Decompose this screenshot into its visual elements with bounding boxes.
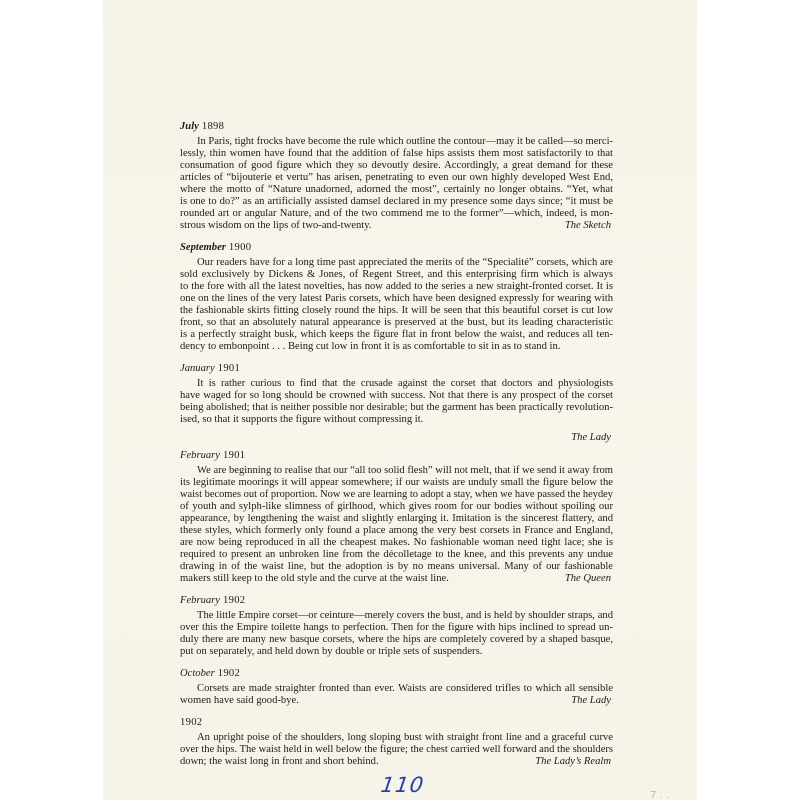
text-line: are now being reproduced in all the chea… xyxy=(180,537,613,549)
text-line: waist becomes out of proportion. Now we … xyxy=(180,489,613,501)
entry-july-1898: July1898 In Paris, tight frocks have bec… xyxy=(180,121,613,232)
text-line: down; the waist long in front and short … xyxy=(180,756,379,768)
text-line: is one to do?” as an artificially assist… xyxy=(180,196,613,208)
text-line: articles of “bijouterie et vertu” has ar… xyxy=(180,172,613,184)
entry-date: September1900 xyxy=(180,242,613,254)
entry-date: October1902 xyxy=(180,668,613,680)
date-month: February xyxy=(180,595,220,606)
text-line: women have said good-bye. xyxy=(180,695,299,707)
text-line: An upright poise of the shoulders, long … xyxy=(180,732,613,744)
text-line: appearance, by lengthening the waist and… xyxy=(180,513,613,525)
text-line: have waged for so long should be crowned… xyxy=(180,390,613,402)
text-line: to the fore with all the latest noveltie… xyxy=(180,281,613,293)
entry-1902: 1902 An upright poise of the shoulders, … xyxy=(180,717,613,768)
date-year: 1901 xyxy=(223,450,245,461)
entry-october-1902: October1902 Corsets are made straighter … xyxy=(180,668,613,707)
text-line: In Paris, tight frocks have become the r… xyxy=(180,136,613,148)
text-line: makers still keep to the old style and t… xyxy=(180,573,449,585)
handwritten-page-number: 110 xyxy=(379,773,425,797)
text-line: one on the lines of the very latest Pari… xyxy=(180,293,613,305)
text-line: consumation of good figure which they so… xyxy=(180,160,613,172)
date-year: 1898 xyxy=(202,121,224,132)
date-year: 1902 xyxy=(180,717,202,728)
date-month: February xyxy=(180,450,220,461)
entry-date: February1902 xyxy=(180,595,613,607)
source-attribution: The Queen xyxy=(565,573,611,585)
entry-february-1901: February1901 We are beginning to realise… xyxy=(180,450,613,585)
text-line: Corsets are made straighter fronted than… xyxy=(180,683,613,695)
date-year: 1902 xyxy=(218,668,240,679)
entry-february-1902: February1902 The little Empire corset—or… xyxy=(180,595,613,658)
text-line: where the motto of “Nature unadorned, ad… xyxy=(180,184,613,196)
entry-january-1901: January1901 It is rather curious to find… xyxy=(180,363,613,444)
pencil-annotation: 7 . . xyxy=(650,790,669,800)
text-line: front, so that an absolutely natural app… xyxy=(180,317,613,329)
text-line: rounded art or angular Nature, and of th… xyxy=(180,208,613,220)
text-line: over the hips. The waist held in well be… xyxy=(180,744,613,756)
source-attribution: The Lady’s Realm xyxy=(535,756,611,768)
text-line: lessly, thin women have found that the a… xyxy=(180,148,613,160)
text-line: over this the Empire toilette hangs to p… xyxy=(180,622,613,634)
entry-date: February1901 xyxy=(180,450,613,462)
text-line: The little Empire corset—or ceinture—mer… xyxy=(180,610,613,622)
text-line: ised, so that it supports the figure wit… xyxy=(180,414,613,426)
text-line: these styles, which formerly only found … xyxy=(180,525,613,537)
date-month: July xyxy=(180,121,199,132)
entry-date: January1901 xyxy=(180,363,613,375)
date-month: September xyxy=(180,242,226,253)
text-line: sold exclusively by Dickens & Jones, of … xyxy=(180,269,613,281)
text-line: put on separately, and held down by doub… xyxy=(180,646,613,658)
text-line: drawing in of the waist line, but the ad… xyxy=(180,561,613,573)
text-line: duly there are many new basque corsets, … xyxy=(180,634,613,646)
entry-september-1900: September1900 Our readers have for a lon… xyxy=(180,242,613,353)
entry-date: July1898 xyxy=(180,121,613,133)
date-year: 1902 xyxy=(223,595,245,606)
text-line: strous wisdom on the lips of two-and-twe… xyxy=(180,220,371,232)
date-month: January xyxy=(180,363,215,374)
text-line: its legitimate moorings it will appear s… xyxy=(180,477,613,489)
text-line: of youth and sylph-like slimness of girl… xyxy=(180,501,613,513)
date-month: October xyxy=(180,668,215,679)
text-line: Our readers have for a long time past ap… xyxy=(180,257,613,269)
source-attribution: The Sketch xyxy=(565,220,611,232)
text-line: the fashionable skirts fitting closely r… xyxy=(180,305,613,317)
text-line: is a perfectly straight busk, which keep… xyxy=(180,329,613,341)
text-line: dency to embonpoint . . . Being cut low … xyxy=(180,341,613,353)
text-line: required to present an unbroken line fro… xyxy=(180,549,613,561)
source-attribution: The Lady xyxy=(180,432,613,444)
text-line: being abolished; that is neither possibl… xyxy=(180,402,613,414)
text-line: It is rather curious to find that the cr… xyxy=(180,378,613,390)
date-year: 1901 xyxy=(218,363,240,374)
source-attribution: The Lady xyxy=(571,695,611,707)
text-line: We are beginning to realise that our “al… xyxy=(180,465,613,477)
entry-date: 1902 xyxy=(180,717,613,729)
date-year: 1900 xyxy=(229,242,251,253)
document-body: July1898 In Paris, tight frocks have bec… xyxy=(180,121,613,768)
